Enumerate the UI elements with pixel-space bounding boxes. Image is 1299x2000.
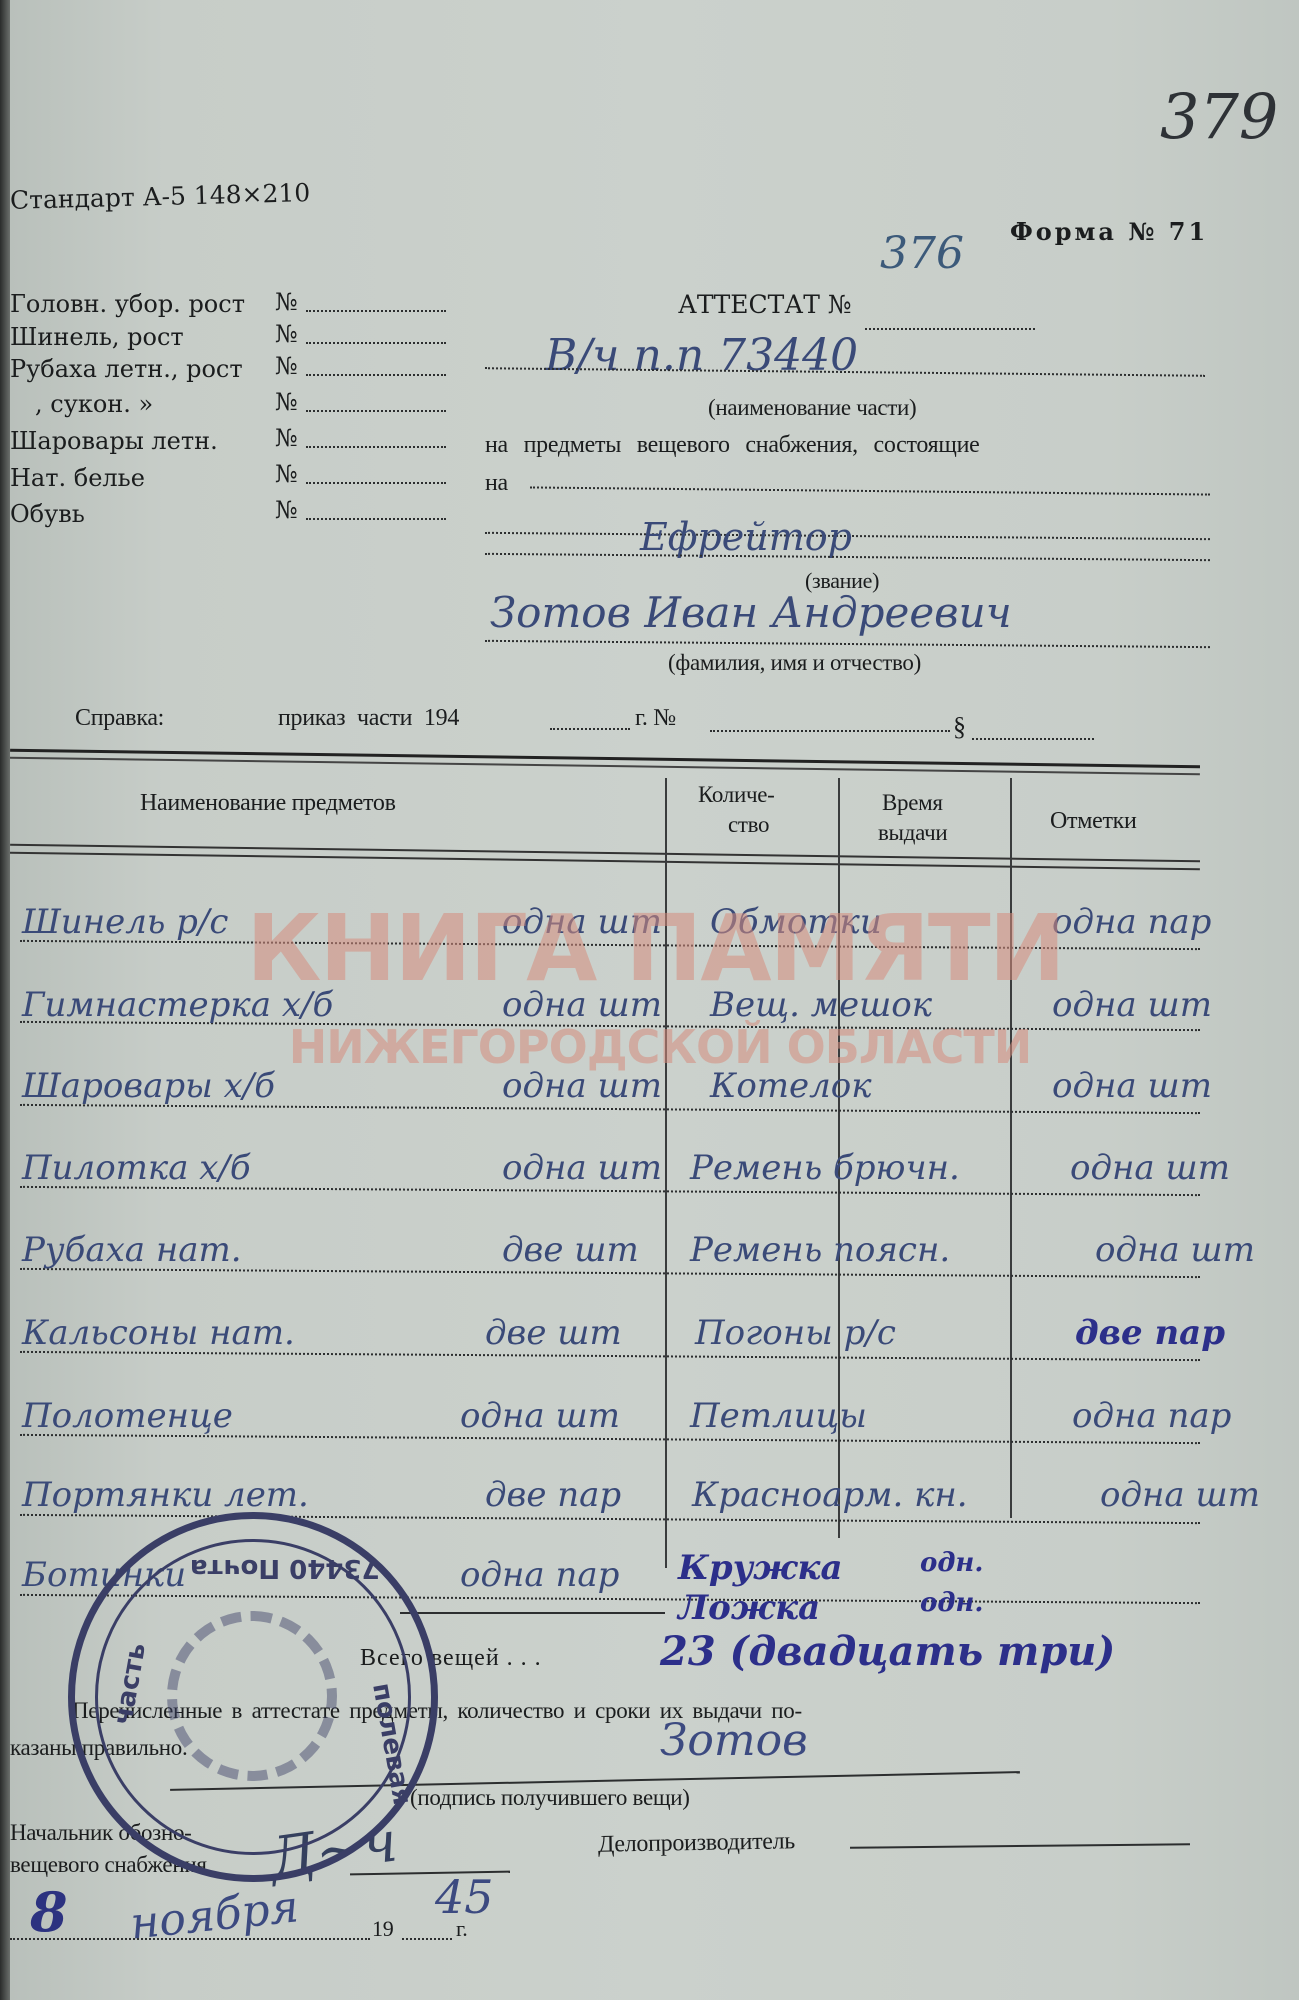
size-label: Шаровары летн. bbox=[10, 427, 218, 455]
size-field[interactable] bbox=[306, 518, 446, 520]
clerk-signature-line[interactable] bbox=[850, 1843, 1190, 1849]
name-caption: (фамилия, имя и отчество) bbox=[668, 650, 921, 676]
size-field[interactable] bbox=[306, 342, 446, 344]
document-page: 379 Стандарт А-5 148×210 Форма № 71 376 … bbox=[10, 0, 1299, 2000]
size-label: Головн. убор. рост bbox=[10, 290, 245, 318]
item-qty-2: одн. bbox=[920, 1548, 983, 1578]
emblem-icon bbox=[167, 1611, 337, 1781]
standard-label: Стандарт А-5 148×210 bbox=[10, 178, 311, 215]
item-qty: одна шт bbox=[502, 902, 662, 942]
item-qty: одна шт bbox=[502, 1148, 662, 1188]
item-name: Шаровары х/б bbox=[22, 1066, 275, 1106]
order-year-field[interactable] bbox=[550, 728, 630, 730]
unit-caption: (наименование части) bbox=[708, 395, 916, 421]
name-value: Зотов Иван Андреевич bbox=[490, 588, 1012, 637]
item-qty: одна шт bbox=[502, 985, 662, 1025]
attestat-title: АТТЕСТАТ № bbox=[678, 290, 852, 319]
item-name-2: Петлицы bbox=[690, 1396, 867, 1436]
rank-value: Ефрейтор bbox=[640, 515, 852, 559]
name-field[interactable] bbox=[485, 640, 1210, 648]
number-sign: № bbox=[275, 496, 298, 524]
item-qty: одна пар bbox=[460, 1555, 619, 1595]
on-field[interactable] bbox=[530, 486, 1210, 495]
size-field[interactable] bbox=[306, 482, 446, 484]
unit-value: В/ч п.п 73440 bbox=[545, 330, 858, 381]
binding-edge bbox=[0, 0, 10, 2000]
date-day: 8 bbox=[30, 1880, 68, 1944]
table-header-rule bbox=[10, 844, 1200, 871]
size-field[interactable] bbox=[306, 310, 446, 312]
item-name: Рубаха нат. bbox=[22, 1230, 242, 1270]
item-name: Кальсоны нат. bbox=[22, 1313, 295, 1353]
size-label: , сукон. » bbox=[35, 390, 153, 418]
item-qty-2: одна шт bbox=[1070, 1148, 1230, 1188]
number-sign: № bbox=[275, 288, 298, 316]
date-year-field[interactable] bbox=[402, 1938, 452, 1940]
number-sign: № bbox=[275, 460, 298, 488]
column-header-time-2: выдачи bbox=[878, 820, 947, 846]
order-number-label: г. № bbox=[635, 705, 676, 732]
column-divider bbox=[665, 778, 667, 1568]
item-qty-2: две пар bbox=[1075, 1313, 1225, 1353]
item-name-2: Котелок bbox=[710, 1066, 872, 1106]
number-sign: № bbox=[275, 352, 298, 380]
attestat-number-field[interactable] bbox=[865, 328, 1035, 330]
reference-label: Справка: bbox=[75, 705, 164, 732]
archive-number: 379 bbox=[1160, 80, 1278, 153]
item-qty: одна шт bbox=[460, 1396, 620, 1436]
number-sign: № bbox=[275, 424, 298, 452]
item-name-2: Вещ. мешок bbox=[710, 985, 932, 1025]
item-qty: одна шт bbox=[502, 1066, 662, 1106]
column-header-qty: Количе- bbox=[698, 782, 775, 808]
column-header-time: Время bbox=[882, 790, 943, 816]
clerk-label: Делопроизводитель bbox=[598, 1828, 795, 1858]
item-qty: две шт bbox=[485, 1313, 622, 1353]
recipient-caption: (подпись получившего вещи) bbox=[410, 1785, 690, 1811]
item-name: Портянки лет. bbox=[22, 1475, 309, 1515]
official-stamp: 73440 Почта часть полевая bbox=[68, 1512, 438, 1882]
item-qty-2: одна пар bbox=[1072, 1396, 1231, 1436]
section-field[interactable] bbox=[972, 738, 1094, 740]
date-year-prefix: 19 bbox=[372, 1916, 393, 1942]
recipient-signature: Зотов bbox=[660, 1715, 808, 1766]
item-qty-2: одна шт bbox=[1052, 1066, 1212, 1106]
reference-text: приказ части 194 bbox=[278, 705, 459, 732]
column-divider bbox=[1010, 778, 1012, 1518]
form-number: Форма № 71 bbox=[1010, 217, 1208, 246]
item-name-2: Обмотки bbox=[710, 902, 882, 942]
item-name: Полотенце bbox=[22, 1396, 233, 1436]
table-top-rule bbox=[10, 749, 1200, 776]
item-name-2: Ремень поясн. bbox=[690, 1230, 950, 1270]
section-sign: § bbox=[953, 712, 966, 742]
item-name: Гимнастерка х/б bbox=[22, 985, 333, 1025]
number-sign: № bbox=[275, 388, 298, 416]
column-header-notes: Отметки bbox=[1050, 808, 1137, 835]
column-header-item: Наименование предметов bbox=[140, 790, 396, 817]
number-sign: № bbox=[275, 320, 298, 348]
item-name: Пилотка х/б bbox=[22, 1148, 251, 1188]
size-field[interactable] bbox=[306, 374, 446, 376]
stamp-top-text: 73440 Почта bbox=[190, 1553, 380, 1583]
item-qty-2: одна шт bbox=[1095, 1230, 1255, 1270]
item-name-2: Погоны р/с bbox=[695, 1313, 896, 1353]
item-qty-2: одна шт bbox=[1052, 985, 1212, 1025]
date-suffix: г. bbox=[456, 1916, 467, 1942]
size-field[interactable] bbox=[306, 410, 446, 412]
total-value: 23 (двадцать три) bbox=[660, 1628, 1115, 1675]
item-qty: две шт bbox=[502, 1230, 639, 1270]
on-label: на bbox=[485, 470, 508, 497]
item-name: Шинель р/с bbox=[22, 902, 228, 942]
size-label: Нат. белье bbox=[10, 464, 145, 492]
date-field[interactable] bbox=[10, 1938, 370, 1940]
item-name-2: Ложка bbox=[678, 1588, 820, 1628]
row-rule-end bbox=[400, 1612, 665, 1614]
size-field[interactable] bbox=[306, 446, 446, 448]
item-name-2: Кружка bbox=[678, 1548, 842, 1588]
item-qty: две пар bbox=[485, 1475, 621, 1515]
item-qty-2: одна пар bbox=[1052, 902, 1211, 942]
item-qty-2: одн. bbox=[920, 1588, 983, 1618]
column-header-qty-2: ство bbox=[728, 812, 769, 838]
purpose-line: на предметы вещевого снабжения, состоящи… bbox=[485, 432, 979, 459]
size-label: Обувь bbox=[10, 500, 85, 528]
item-name-2: Краснoарм. кн. bbox=[692, 1475, 968, 1515]
size-label: Шинель, рост bbox=[10, 323, 184, 351]
order-number-field[interactable] bbox=[710, 730, 950, 732]
item-name-2: Ремень брючн. bbox=[690, 1148, 960, 1188]
attestat-handwritten-number: 376 bbox=[880, 228, 964, 279]
item-qty-2: одна шт bbox=[1100, 1475, 1260, 1515]
size-label: Рубаха летн., рост bbox=[10, 355, 243, 383]
